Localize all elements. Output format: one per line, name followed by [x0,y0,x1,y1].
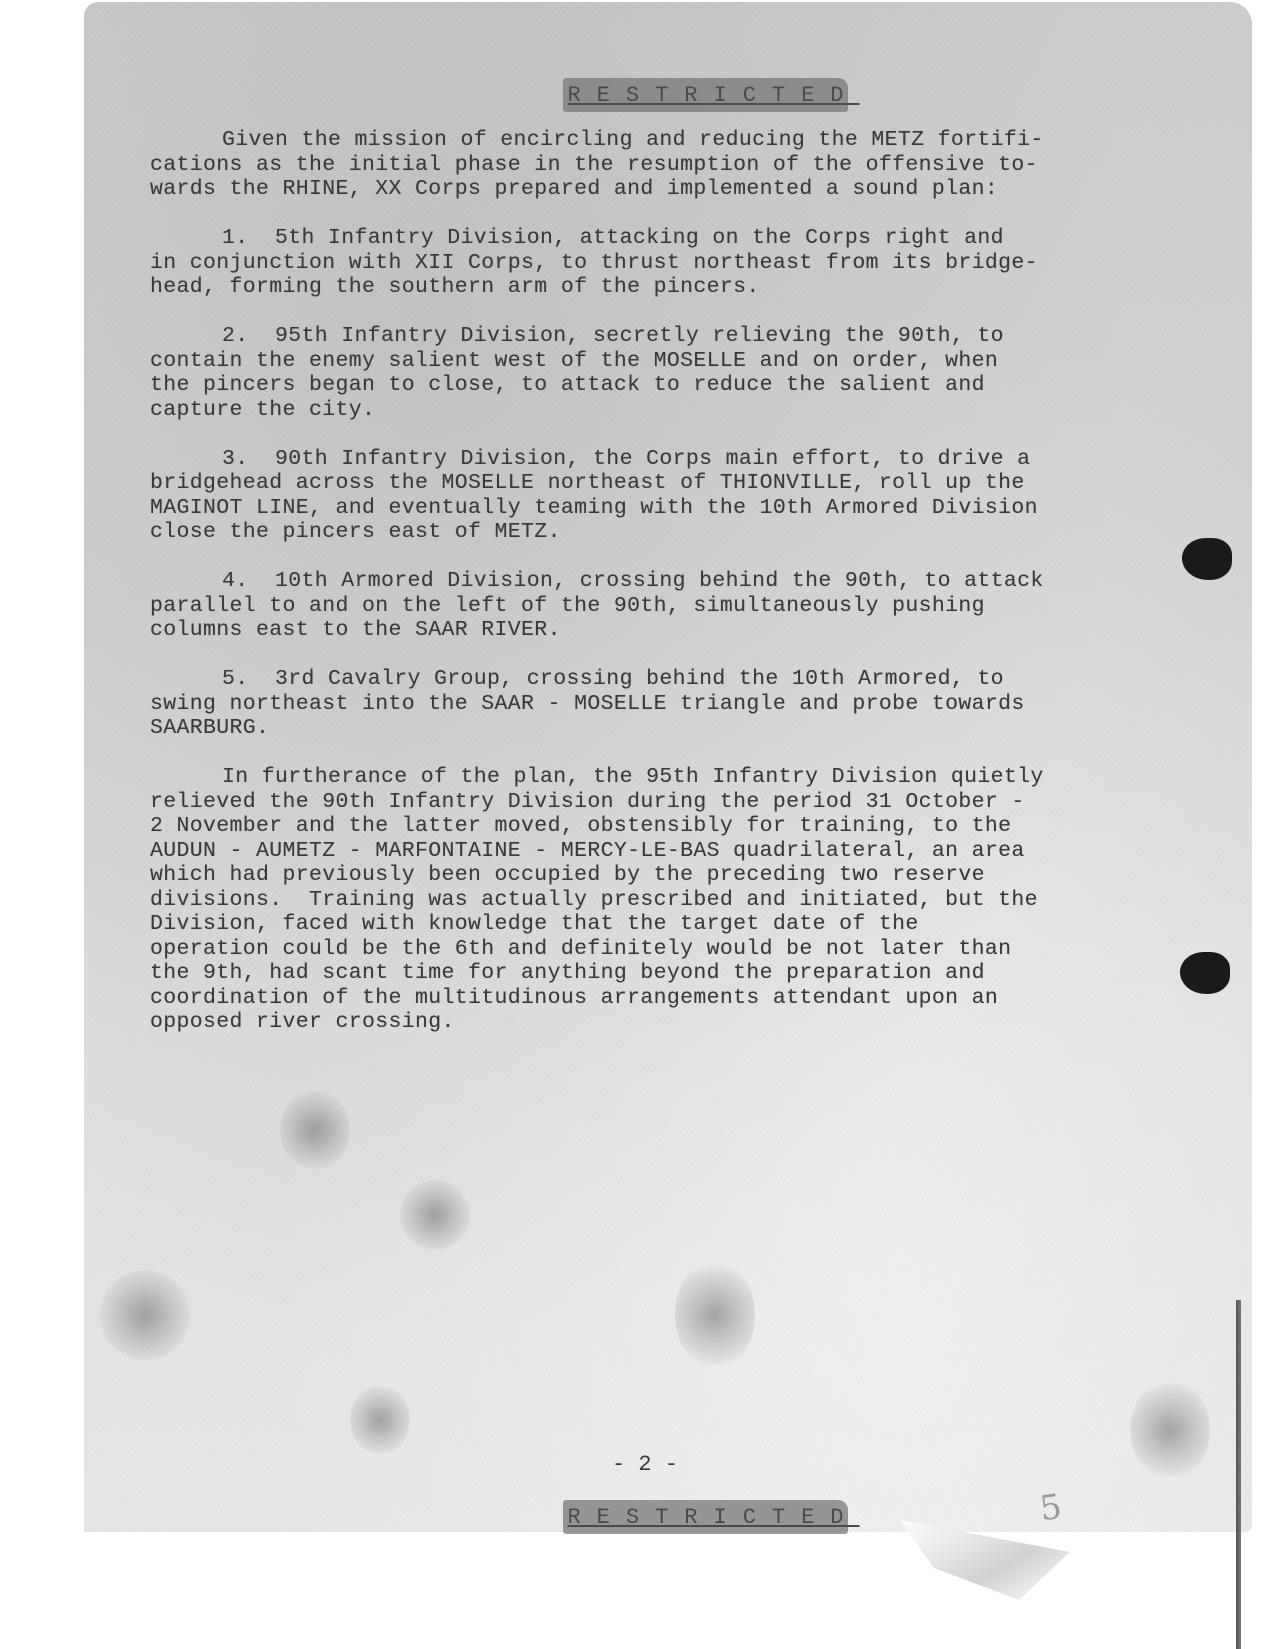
paper-hole-upper [1182,538,1232,580]
fingerprint-smudge [280,1090,350,1170]
fingerprint-smudge [100,1270,190,1360]
binder-edge [1236,1300,1241,1649]
classification-label-top: RESTRICTED [551,83,859,108]
fingerprint-smudge [675,1260,755,1370]
paragraph-item-2: 2. 95th Infantry Division, secretly reli… [150,324,1160,422]
paragraph-furtherance: In furtherance of the plan, the 95th Inf… [150,765,1160,1035]
classification-label-bottom: RESTRICTED [551,1505,859,1530]
paragraph-item-5: 5. 3rd Cavalry Group, crossing behind th… [150,667,1160,741]
paragraph-item-4: 4. 10th Armored Division, crossing behin… [150,569,1160,643]
paragraph-item-1: 1. 5th Infantry Division, attacking on t… [150,226,1160,300]
paragraph-intro: Given the mission of encircling and redu… [150,128,1160,202]
paragraph-item-3: 3. 90th Infantry Division, the Corps mai… [150,447,1160,545]
page-number: - 2 - [612,1452,678,1477]
torn-corner [900,1520,1070,1600]
classification-stamp-bottom: RESTRICTED [563,1500,848,1534]
classification-stamp-top: RESTRICTED [563,78,848,112]
fingerprint-smudge [350,1385,410,1455]
document-body: Given the mission of encircling and redu… [150,128,1160,1059]
fingerprint-smudge [1130,1380,1210,1480]
fingerprint-smudge [400,1180,470,1250]
paper-hole-lower [1180,952,1230,994]
